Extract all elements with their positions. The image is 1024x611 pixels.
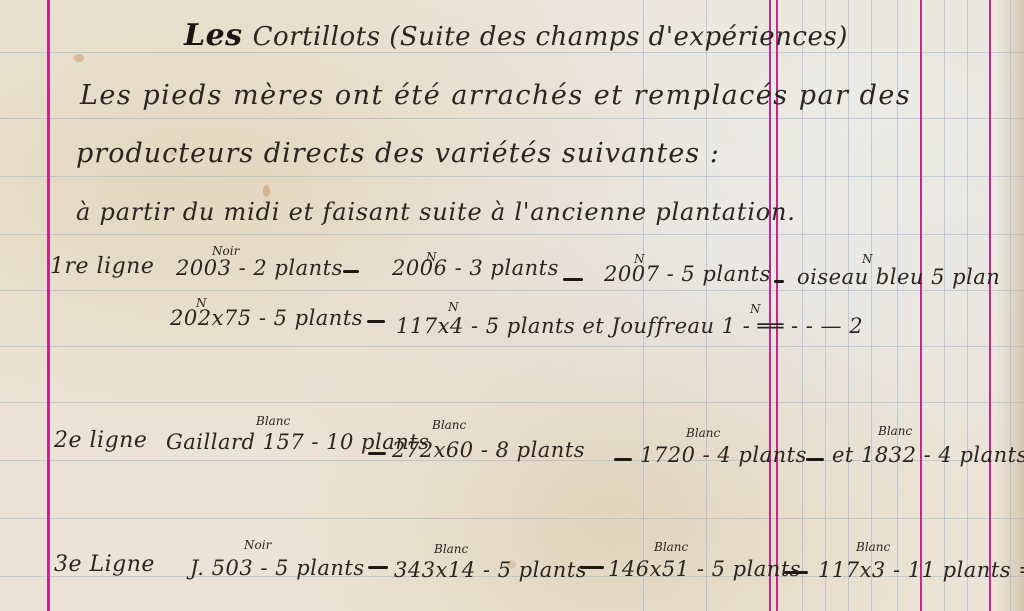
title-rest: Cortillots (Suite des champs d'expérienc… [253, 22, 848, 52]
separator-dash [367, 320, 385, 323]
left-margin-line [47, 0, 50, 611]
row-2-entry: Gaillard 157 - 10 plants [166, 430, 429, 454]
stain [74, 54, 84, 62]
row-2-note: Blanc [878, 424, 912, 438]
row-3-entry: 343x14 - 5 plants [394, 558, 587, 582]
row-1b-note: N [448, 300, 459, 314]
row-3-note: Blanc [856, 540, 890, 554]
row-1b-entry: 117x4 - 5 plants et Jouffreau 1 - ══ - -… [396, 314, 863, 338]
row-3-label: 3e Ligne [54, 552, 155, 577]
separator-dash [343, 270, 359, 273]
row-2-entry: et 1832 - 4 plants = 2 [832, 443, 1024, 467]
row-1-label: 1re ligne [50, 254, 154, 279]
row-3-entry: 117x3 - 11 plants = 2 [818, 558, 1024, 582]
row-2-label: 2e ligne [54, 428, 147, 453]
grid-line [967, 0, 968, 611]
row-1b-entry: 202x75 - 5 plants [170, 306, 363, 330]
stain [263, 185, 270, 197]
row-2-entry: 272x60 - 8 plants [392, 438, 585, 462]
row-1-entry: 2006 - 3 plants [392, 256, 559, 280]
intro-line-3: à partir du midi et faisant suite à l'an… [76, 198, 796, 226]
separator-dash [774, 280, 784, 283]
row-3-note: Noir [244, 538, 271, 552]
separator-dash [784, 571, 808, 574]
row-3-entry: 146x51 - 5 plants [608, 557, 801, 581]
margin-line [989, 0, 991, 611]
page-edge [996, 0, 1024, 611]
intro-line-1: Les pieds mères ont été arrachés et remp… [80, 80, 911, 111]
separator-dash [806, 458, 824, 461]
row-3-entry: J. 503 - 5 plants [190, 556, 365, 580]
title-bold-word: Les [184, 18, 243, 53]
separator-dash [614, 458, 632, 461]
separator-dash [368, 452, 386, 455]
row-3-note: Blanc [654, 540, 688, 554]
ledger-page: Les Cortillots (Suite des champs d'expér… [0, 0, 1024, 611]
row-2-note: Blanc [686, 426, 720, 440]
row-3-note: Blanc [434, 542, 468, 556]
separator-dash [580, 566, 604, 569]
row-2-note: Blanc [256, 414, 290, 428]
row-1-entry: 2003 - 2 plants [176, 256, 343, 280]
intro-line-2: producteurs directs des variétés suivant… [76, 138, 720, 169]
separator-dash [368, 566, 388, 569]
title: Les Cortillots (Suite des champs d'expér… [184, 18, 848, 53]
margin-line [920, 0, 922, 611]
row-1-entry: 2007 - 5 plants [604, 262, 771, 286]
row-1-entry: oiseau bleu 5 plan [797, 265, 1000, 289]
row-2-entry: 1720 - 4 plants [640, 443, 807, 467]
separator-dash [563, 278, 583, 281]
row-1-note: N [862, 252, 873, 266]
grid-line [944, 0, 945, 611]
row-2-note: Blanc [432, 418, 466, 432]
